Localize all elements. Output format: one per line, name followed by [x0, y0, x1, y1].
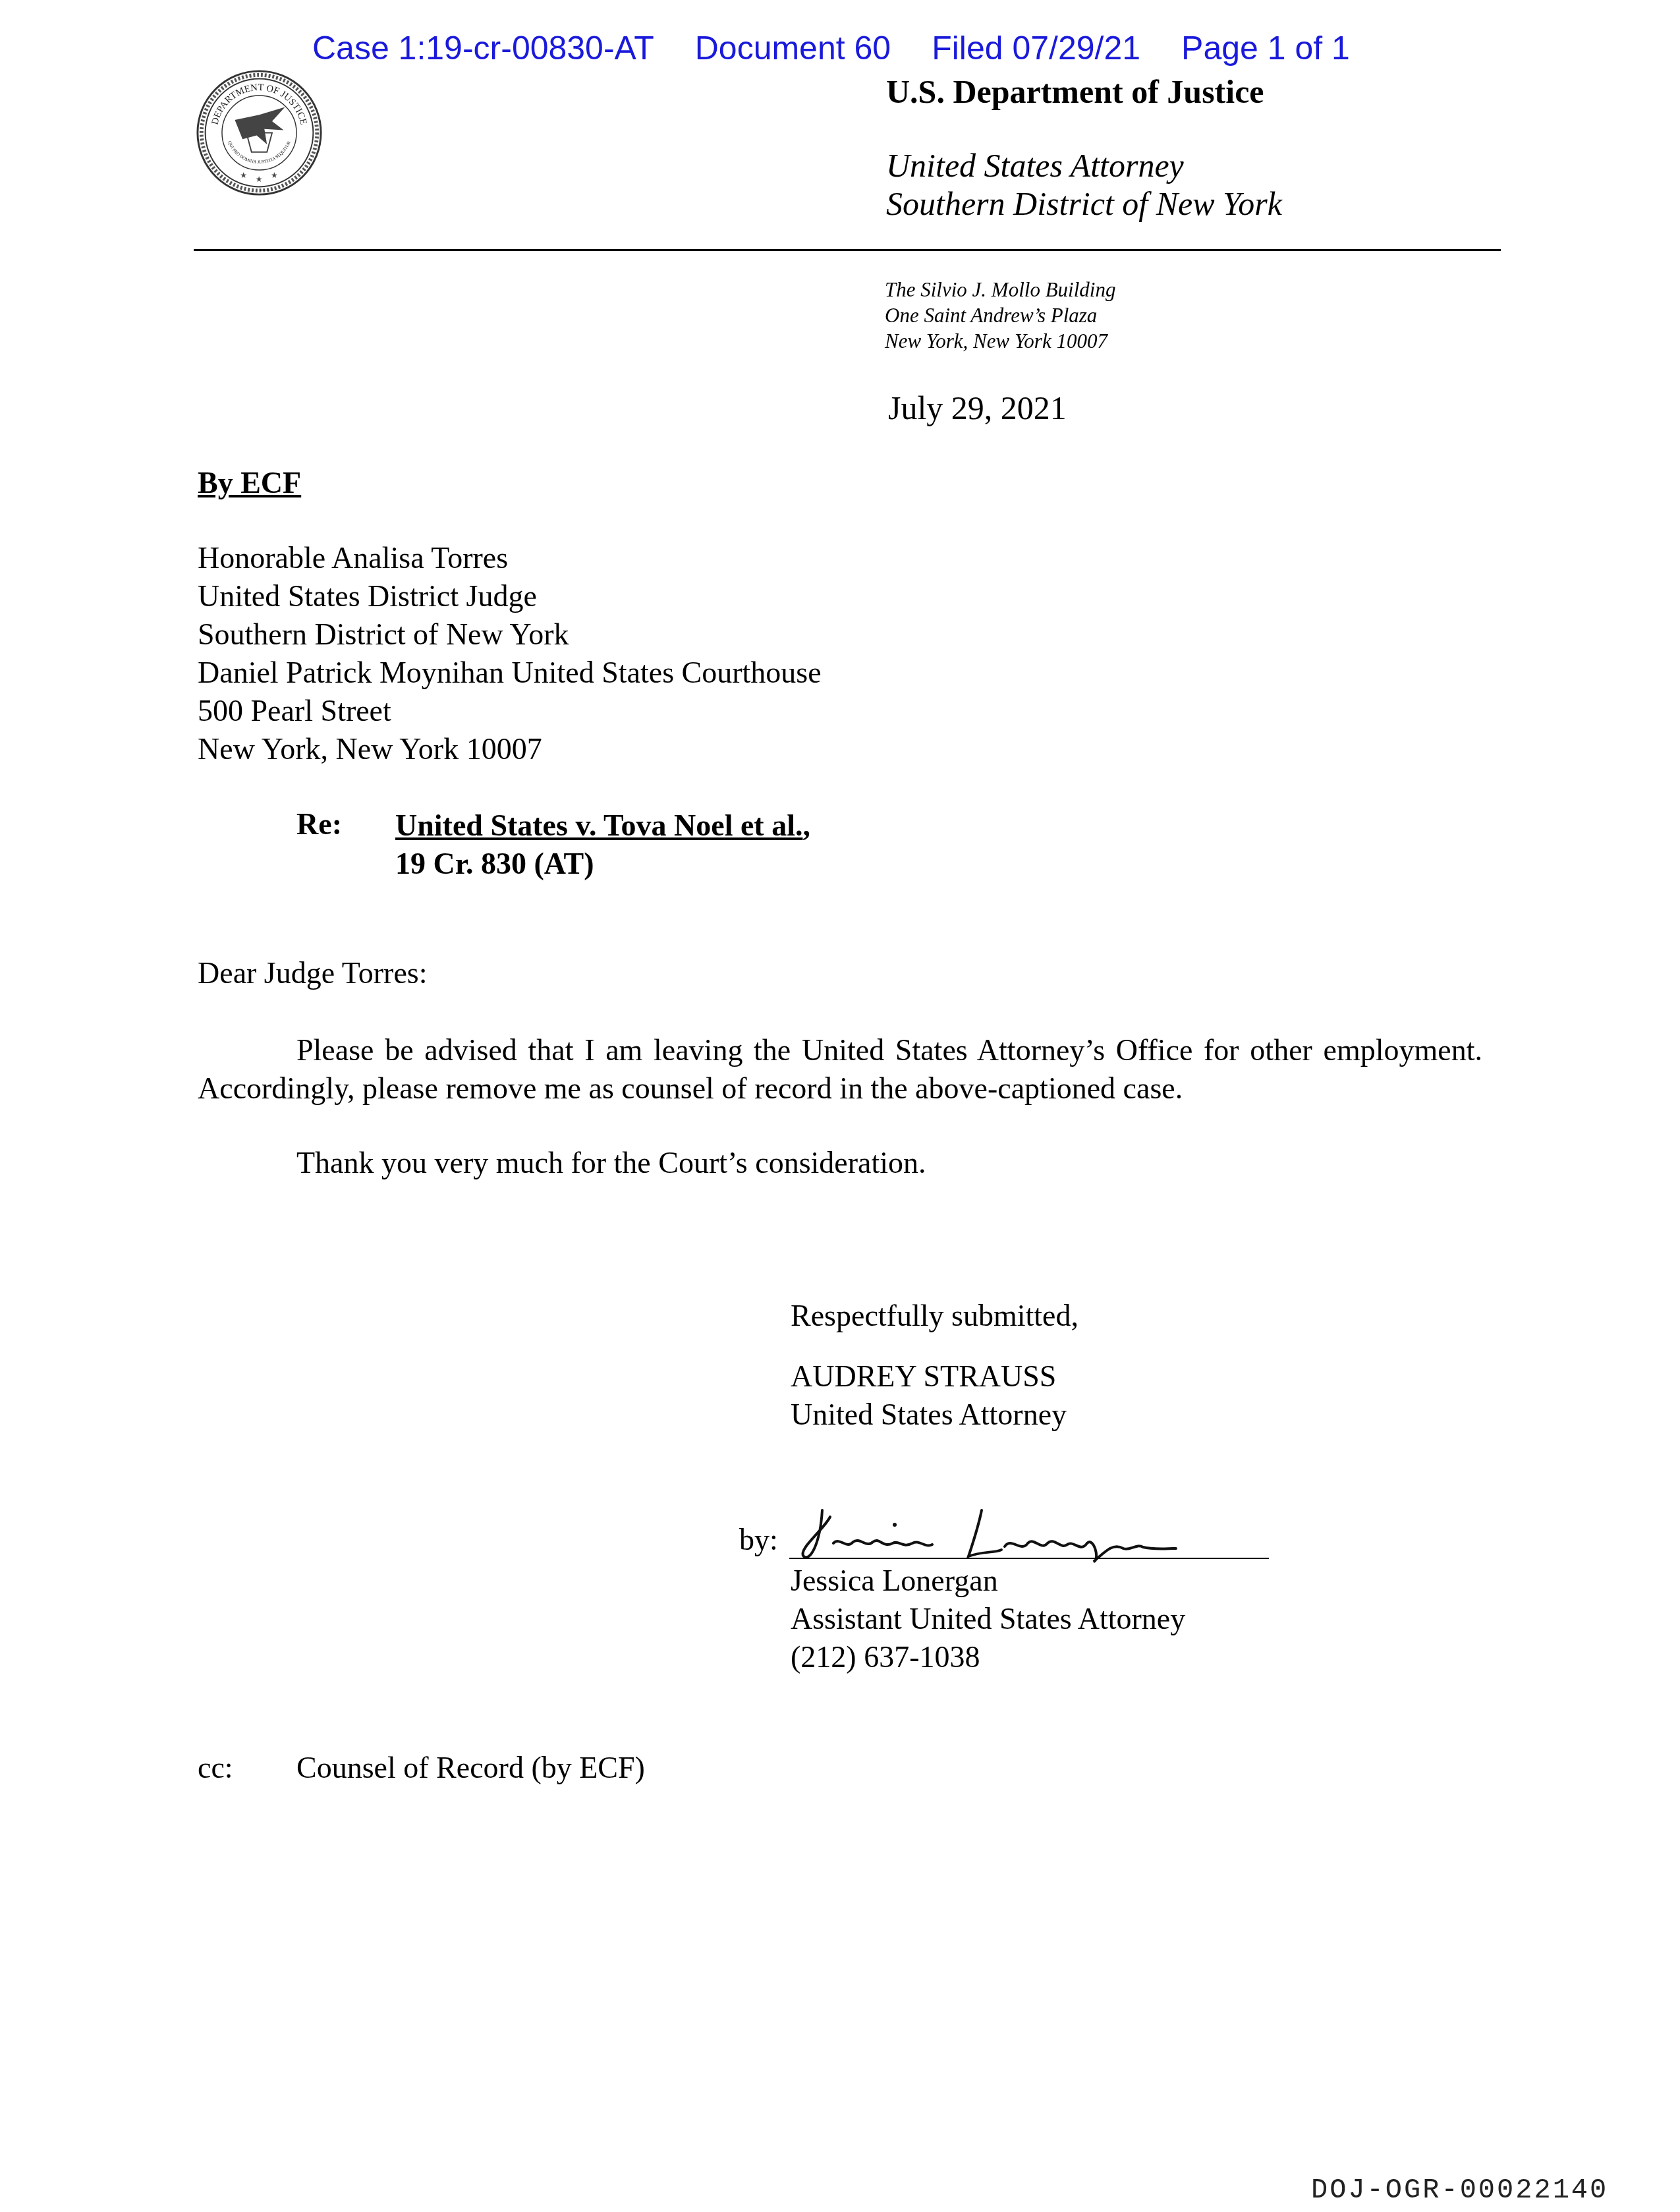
- valediction: Respectfully submitted,: [791, 1297, 1078, 1335]
- recipient-line: 500 Pearl Street: [198, 692, 822, 730]
- letterhead-divider: [194, 249, 1501, 251]
- re-block: United States v. Tova Noel et al., 19 Cr…: [395, 807, 810, 883]
- page-count: Page 1 of 1: [1181, 30, 1350, 67]
- recipient-line: Honorable Analisa Torres: [198, 539, 822, 577]
- delivery-method: By ECF: [198, 465, 301, 500]
- address-line: The Silvio J. Mollo Building: [885, 277, 1115, 302]
- office-line-2: Southern District of New York: [886, 184, 1282, 223]
- letter-date: July 29, 2021: [888, 389, 1067, 427]
- signature-icon: [784, 1490, 1206, 1563]
- body-paragraph: Thank you very much for the Court’s cons…: [296, 1145, 926, 1180]
- closing-block: Respectfully submitted, AUDREY STRAUSS U…: [791, 1297, 1078, 1434]
- recipient-line: Daniel Patrick Moynihan United States Co…: [198, 654, 822, 692]
- filed-date: Filed 07/29/21: [932, 30, 1140, 67]
- office-name: United States Attorney Southern District…: [886, 146, 1282, 223]
- recipient-line: New York, New York 10007: [198, 730, 822, 768]
- signer-name: Jessica Lonergan: [791, 1562, 1185, 1600]
- recipient-line: Southern District of New York: [198, 615, 822, 654]
- salutation: Dear Judge Torres:: [198, 955, 427, 990]
- document-number: Document 60: [695, 30, 891, 67]
- case-number: Case 1:19-cr-00830-AT: [312, 30, 654, 67]
- office-line-1: United States Attorney: [886, 146, 1282, 184]
- signer-title: Assistant United States Attorney: [791, 1600, 1185, 1638]
- signer-block: Jessica Lonergan Assistant United States…: [791, 1562, 1185, 1676]
- re-label: Re:: [296, 807, 342, 841]
- by-label: by:: [739, 1522, 778, 1557]
- recipient-block: Honorable Analisa Torres United States D…: [198, 539, 822, 768]
- case-caption: United States v. Tova Noel et al.: [395, 808, 802, 842]
- address-line: One Saint Andrew’s Plaza: [885, 302, 1115, 328]
- office-address: The Silvio J. Mollo Building One Saint A…: [885, 277, 1115, 354]
- address-line: New York, New York 10007: [885, 328, 1115, 354]
- bates-number: DOJ-OGR-00022140: [1311, 2174, 1608, 2206]
- cc-recipients: Counsel of Record (by ECF): [296, 1750, 645, 1785]
- attorney-title: United States Attorney: [791, 1396, 1078, 1434]
- cc-label: cc:: [198, 1750, 233, 1785]
- doj-seal-icon: DEPARTMENT OF JUSTICE QUI PRO DOMINA JUS…: [195, 69, 323, 197]
- recipient-line: United States District Judge: [198, 577, 822, 615]
- svg-text:★: ★: [256, 175, 262, 184]
- attorney-name: AUDREY STRAUSS: [791, 1357, 1078, 1396]
- signature-line: [789, 1558, 1269, 1559]
- ecf-filing-stamp: Case 1:19-cr-00830-ATDocument 60Filed 07…: [312, 29, 1350, 67]
- svg-text:★: ★: [240, 171, 246, 180]
- svg-text:★: ★: [271, 171, 277, 180]
- docket-number: 19 Cr. 830 (AT): [395, 845, 810, 883]
- signer-phone: (212) 637-1038: [791, 1638, 1185, 1676]
- department-name: U.S. Department of Justice: [886, 72, 1264, 111]
- body-paragraph: Please be advised that I am leaving the …: [198, 1031, 1482, 1108]
